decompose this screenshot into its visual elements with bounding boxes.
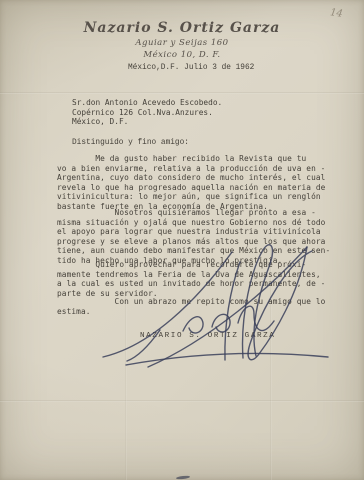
scanned-letter-page: 14 Nazario S. Ortiz Garza Aguiar y Seija…	[0, 0, 364, 480]
ink-smudge	[176, 475, 190, 479]
body-paragraph-1: Me da gusto haber recibido la Revista qu…	[57, 154, 325, 212]
letterhead-street: Aguiar y Seijas 160	[0, 38, 364, 48]
body-paragraph-2: Nosotros quisiéramos llegar pronto a esa…	[57, 208, 330, 266]
letterhead-city: México 10, D. F.	[0, 50, 364, 60]
dateline: México,D.F. Julio 3 de 1962	[128, 64, 254, 72]
typed-signature-name: NAZARIO S. ORTIZ GARZA	[140, 332, 275, 340]
body-paragraph-4: Con un abrazo me repito como su amigo qu…	[57, 297, 325, 316]
letterhead: Nazario S. Ortiz Garza Aguiar y Seijas 1…	[0, 20, 364, 60]
fold-crease-horizontal-bottom	[0, 400, 364, 402]
folio-number: 14	[329, 7, 343, 20]
salutation: Distinguido y fino amigo:	[72, 139, 189, 147]
fold-crease-horizontal-top	[0, 92, 364, 94]
body-paragraph-3: Quiero aprovechar para recordarle que pr…	[57, 260, 325, 298]
recipient-address: Sr.don Antonio Acevedo Escobedo. Copérni…	[72, 98, 222, 127]
letterhead-name: Nazario S. Ortiz Garza	[0, 20, 364, 36]
